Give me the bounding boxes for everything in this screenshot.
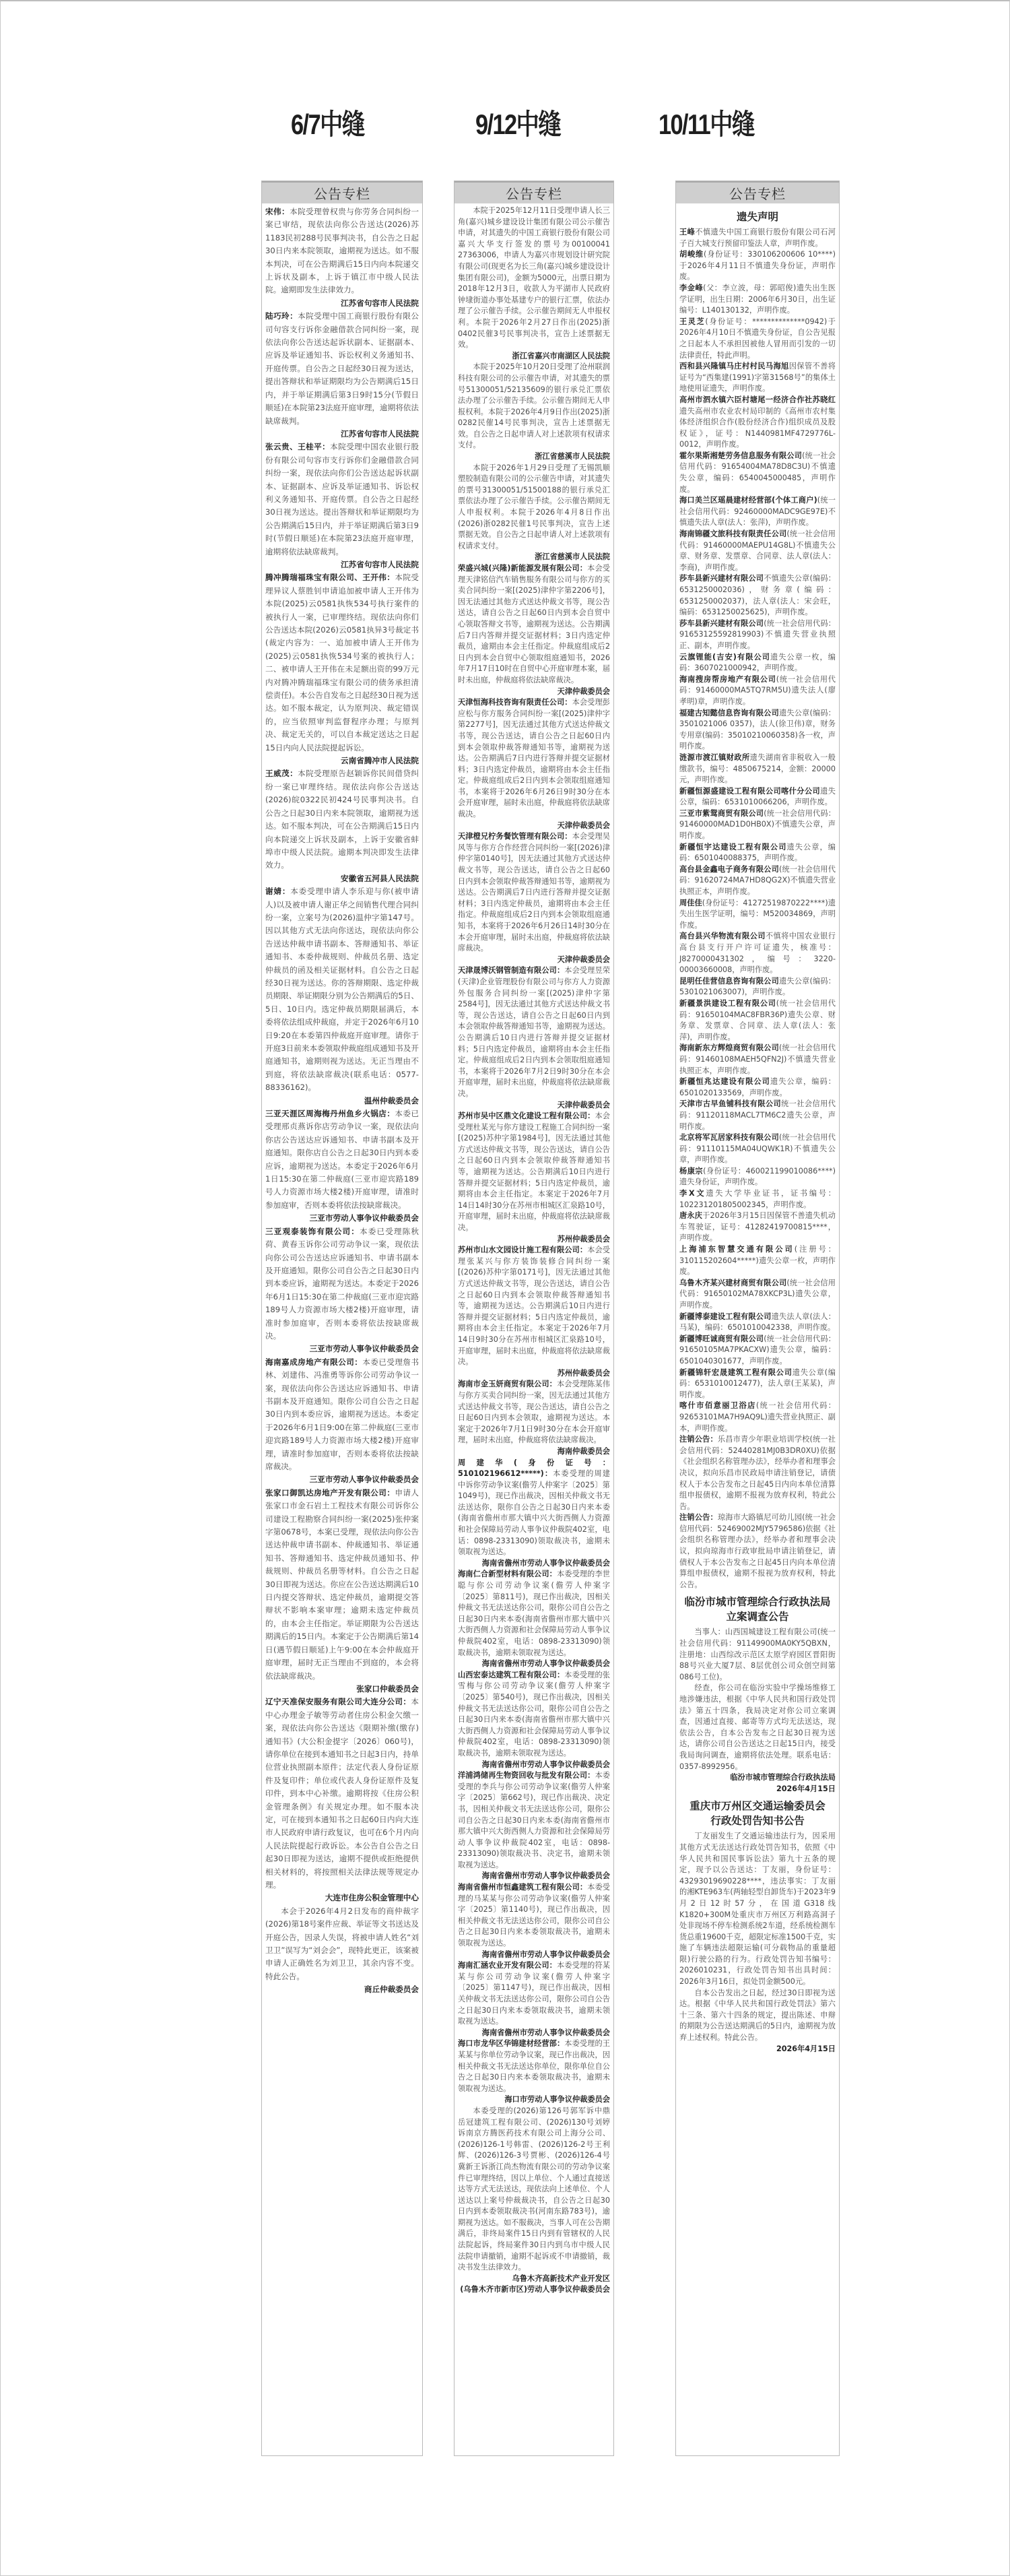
notice-addressee: 杨康宗 [679,1167,703,1176]
notice-addressee: 海南锦疆文旅科技有限责任公司 [679,529,786,538]
notice-item: 海南嘉成房地产有限公司：本委已受理詹书林、刘建伟、冯淮勇等诉你公司劳动争议一案，… [265,1356,419,1487]
notice-text: 海南汇涵农业开发有限公司：本委受理的符某某与你公司劳动争议案(儋劳人仲案字〔20… [458,1960,610,2028]
announcement-column-2: 公告专栏 本院于2025年12月11日受理申请人长三角(嘉兴)城乡建设设计集团有… [454,181,614,2456]
notice-item: 涟源市渡江镇财政所遗失湖南省非税收入一般缴款书，编号：4850675214，金额… [679,752,836,786]
notice-text: 王威茂：本院受理原告赵颖诉你民间借贷纠纷一案已审理终结。现依法向你公告送达(20… [265,767,419,872]
notice-body: 本会于2026年4月2日发布的商仲裁字(2026)第18号案件应裁、举证等文书送… [265,1906,419,1981]
notice-text: 新疆锦轩宏晟建筑工程有限公司遗失公章(编码：6531010012477)，法人章… [679,1367,836,1401]
notice-body: 本会受理天津铭信汽车销售服务有限公司与你方的买卖合同纠纷一案[(2025)津仲字… [458,564,610,684]
notice-item: 喀什市佰意丽卫浴店(统一社会信用代码：92653101MA7H9AQ9L)遗失营… [679,1400,836,1434]
notice-item: 海南搜房帮房地产有限公司(统一社会信用代码：91460000MA5TQ7RM5U… [679,674,836,708]
notice-item: 海南仁合新型材料有限公司：本委受理的李世聪与你公司劳动争议案(儋劳人仲案字〔20… [458,1569,610,1669]
notice-item: 张家口御凯达房地产开发有限公司：申请人张家口市金石岩土工程技术有限公司诉你公司建… [265,1487,419,1696]
notice-signature: 海口市劳动人事争议仲裁委员会 [458,2094,610,2106]
notice-body: 琼海市大路镇尼可幼儿园(统一社会信用代码：52469002MJY5796586)… [679,1513,836,1589]
notice-addressee: 王峰 [679,228,695,236]
notice-text: 三亚天涯区周海梅丹州鱼乡火锅店：本委已受理邢贞燕诉你店劳动争议一案，现依法向你店… [265,1107,419,1212]
notice-signature: 浙江省慈溪市人民法院 [458,552,610,563]
notice-item: 胡峻维(身份证号：330106200606 10****)于2026年4月11日… [679,249,836,283]
notice-text: 高台县金鑫电子商务有限公司(统一社会信用代码：91620724MA7HD8QG2… [679,864,836,898]
notice-signature: 张家口仲裁委员会 [265,1683,419,1696]
notice-item: 新疆恒兆达建设有限公司遗失公章，编码：6501020133569，声明作废。 [679,1076,836,1099]
notice-text: 福建古知懿信息咨询有限公司遗失公章(编码：3501021006 0357)，法人… [679,708,836,752]
announcement-column-3: 公告专栏 遗失声明 王峰不慎遗失中国工商银行股份有限公司石河子百大城支行预留印鉴… [675,181,840,2456]
notice-item: 莎车县新兴建材有限公司(统一社会信用代码：91653125592819903)不… [679,618,836,652]
notice-signature: 海南省儋州市劳动人事争议仲裁委员会 [458,1558,610,1570]
notice-item: 高州市泗水镇六臣村塘尾一经济合作社苏晓红遗失高州市农业农村局印制的《高州市农村集… [679,395,836,451]
notice-item: 王威茂：本院受理原告赵颖诉你民间借贷纠纷一案已审理终结。现依法向你公告送达(20… [265,767,419,885]
notice-text: 海南省儋州市恒鑫建筑工程有限公司：本委受理的马某某与你公司劳动争议案(儋劳人仲案… [458,1882,610,1950]
notice-item: 三亚观泰装饰有限公司：本委已受理陈秋荷、黄春玉诉你公司劳动争议一案，现依法向你公… [265,1225,419,1356]
notice-item: 王灵芝(身份证号：**************0942)于2026年4月10日不… [679,317,836,361]
notice-addressee: 苏州市山水文园设计施工程有限公司： [458,1246,587,1254]
notice-addressee: 高台县金鑫电子商务有限公司 [679,865,779,874]
notice-item: 三亚天涯区周海梅丹州鱼乡火锅店：本委已受理邢贞燕诉你店劳动争议一案，现依法向你店… [265,1107,419,1225]
notice-addressee: 三亚观泰装饰有限公司： [265,1227,360,1236]
notice-signature: 浙江省慈溪市人民法院 [458,451,610,463]
notice-signature: 三亚市劳动人事争议仲裁委员会 [265,1343,419,1355]
column-header: 公告专栏 [676,181,839,203]
notice-signature: 温州仲裁委员会 [265,1095,419,1107]
notice-signature: 海南省儋州市劳动人事争议仲裁委员会 [458,1950,610,1961]
notice-text: 王峰不慎遗失中国工商银行股份有限公司石河子百大城支行预留印鉴法人章，声明作废。 [679,227,836,249]
notice-item: 谢婧：本委受理申请人李乐迎与你(被申请人)以及被申请人谢正华之间销售代理合同纠纷… [265,885,419,1107]
notice-item: 苏州市吴中区鼎文化建设工程有限公司：本会受理杜某光与你方建设工程施工合同纠纷一案… [458,1111,610,1245]
notice-addressee: 海南仁合新型材料有限公司： [458,1570,557,1578]
notice-addressee: 苏州市吴中区鼎文化建设工程有限公司： [458,1112,595,1120]
notice-text: 腾冲腾瑞福珠宝有限公司、王开伟：本院受理异议人蔡胜钊申请追加被申请人王开伟为本院… [265,571,419,754]
notice-addressee: 海口市龙华区华锦建材经营部： [458,2039,564,2048]
notice-item: 天津橙兄柠务餐饮管理有限公司：本会受理吴风等与你方合作经营合同纠纷一案[(202… [458,831,610,965]
notice-item: 辽宁天准保安服务有限公司大连分公司：本中心办理金子敏等劳动者住房公积金欠缴一案，… [265,1696,419,1905]
notice-text: 霍尔果斯湘楚劳务信息服务有限公司(统一社会信用代码：91654004MA78D8… [679,451,836,495]
notice-addressee: 周佳佳 [679,899,702,907]
notice-text: 海南搜房帮房地产有限公司(统一社会信用代码：91460000MA5TQ7RM5U… [679,674,836,708]
notice-text: 昆明任佳营信息咨询有限公司遗失公章(编码：5301021063007)，声明作废… [679,976,836,998]
notice-body: 本会受理陈某伟与你方买卖合同纠纷一案，因无法通过其他方式送达仲裁文书等，现公告送… [458,1380,610,1444]
notice-item: 本委受理的(2026)第126号郭军诉中鼎岳冠建筑工程有限公司、(2026)13… [458,2106,610,2296]
notice-text: 喀什市佰意丽卫浴店(统一社会信用代码：92653101MA7H9AQ9L)遗失营… [679,1400,836,1434]
notice-addressee: 张家口御凯达房地产开发有限公司： [265,1488,395,1498]
notice-addressee: 霍尔果斯湘楚劳务信息服务有限公司 [679,451,802,460]
notice-item: 莎车县新兴建材有限公司不慎遗失公章(编码：6531250002036)，财务章(… [679,573,836,618]
notice-text: 涟源市渡江镇财政所遗失湖南省非税收入一般缴款书，编号：4850675214，金额… [679,752,836,786]
notice-addressee: 新疆博泰建设工程有限公司 [679,1312,772,1321]
notice-item: 山西宏泰达建筑工程有限公司：本委受理的张雪梅与你公司劳动争议案(儋劳人仲案字〔2… [458,1670,610,1770]
notice-text: 上海浦东智慧交通有限公司(注册号：310115202604*****)遗失公章一… [679,1244,836,1278]
notice-item: 云旗锂能(吉安)有限公司遗失公章一枚，编码：3607021000942，声明作废… [679,652,836,674]
notice-addressee: 宋伟： [265,207,290,216]
notice-body: 本会受理彭应松与你方服务合同纠纷一案[(2025)津仲字第2277号]，因无法通… [458,698,610,818]
notice-signature: 云南省腾冲市人民法院 [265,754,419,767]
notice-text: 本会于2026年4月2日发布的商仲裁字(2026)第18号案件应裁、举证等文书送… [265,1905,419,1983]
notice-body: 本院于2025年10月20日受理了沧州联润科技有限公司的公示催告申请，对其遗失的… [458,362,610,449]
notice-addressee: 腾冲腾瑞福珠宝有限公司、王开伟： [265,573,395,582]
announcement-column-1: 公告专栏 宋伟：本院受理曾权贵与你劳务合同纠纷一案已审结，现依法向你公告送达(2… [261,181,423,2456]
notice-item: 海南汇涵农业开发有限公司：本委受理的符某某与你公司劳动争议案(儋劳人仲案字〔20… [458,1960,610,2038]
notice-item: 新疆博泰建设工程有限公司遗失法人章(法人：马某)，编码：650101004233… [679,1312,836,1334]
notice-body: 本委已受理陈秋荷、黄春玉诉你公司劳动争议一案，现依法向你公司公告送达应诉通知书、… [265,1227,419,1341]
notice-addressee: 喀什市佰意丽卫浴店 [679,1401,756,1410]
column-body: 本院于2025年12月11日受理申请人长三角(嘉兴)城乡建设设计集团有限公司公示… [454,203,613,2296]
notice-text: 谢婧：本委受理申请人李乐迎与你(被申请人)以及被申请人谢正华之间销售代理合同纠纷… [265,885,419,1095]
notice-text: 苏州市吴中区鼎文化建设工程有限公司：本会受理杜某光与你方建设工程施工合同纠纷一案… [458,1111,610,1234]
notice-signature: 天津仲裁委员会 [458,1100,610,1112]
notice-body: 本会受理杜某光与你方建设工程施工合同纠纷一案[(2025)苏仲字第1984号]，… [458,1112,610,1232]
notice-addressee: 新疆恒兆达建设有限公司 [679,1077,770,1086]
notice-item: 三亚市紫鸳商贸有限公司(统一社会信用代码：91460000MAD1D0HB0X)… [679,808,836,842]
notice-addressee: 乌鲁木齐某兴建材商贸有限公司 [679,1279,786,1287]
notice-body: 本委受理的李世聪与你公司劳动争议案(儋劳人仲案字〔2025〕第811号)，现已作… [458,1570,610,1656]
notice-signature: 天津仲裁委员会 [458,686,610,698]
column-header: 公告专栏 [454,181,613,203]
notice-text: 山西宏泰达建筑工程有限公司：本委受理的张雪梅与你公司劳动争议案(儋劳人仲案字〔2… [458,1670,610,1760]
notice-signature: 天津仲裁委员会 [458,955,610,966]
notice-text: 海南嘉成房地产有限公司：本委已受理詹书林、刘建伟、冯淮勇等诉你公司劳动争议一案，… [265,1356,419,1474]
notice-item: 荣盛兴城(兴隆)新能源发展有限公司：本会受理天津铭信汽车销售服务有限公司与你方的… [458,563,610,697]
notice-item: 乌鲁木齐某兴建材商贸有限公司(统一社会信用代码：91650102MA78XKCP… [679,1278,836,1312]
notice-text: 莎车县新兴建材有限公司(统一社会信用代码：91653125592819903)不… [679,618,836,652]
notice-text: 新疆博旺诚商贸有限公司(统一社会信用代码：91650105MA7PKACXW)遗… [679,1334,836,1367]
notice-addressee: 云旗锂能(吉安)有限公司 [679,653,770,662]
notice-body: 本委受理的李兵与你公司劳动争议案(儋劳人仲案字〔2025〕第662号)，现已作出… [458,1771,610,1869]
notice-addressee: 昆明任佳营信息咨询有限公司 [679,977,779,986]
notice-body: 本委受理的马某某与你公司劳动争议案(儋劳人仲案字〔2025〕第1140号)，现已… [458,1883,610,1947]
notice-addressee: 福建古知懿信息咨询有限公司 [679,709,779,717]
notice-addressee: 海南省儋州市恒鑫建筑工程有限公司： [458,1883,587,1892]
notice-item: 新疆恒源盛建设工程有限公司喀什分公司遗失公章，编码：6531010066206，… [679,786,836,808]
linfen-title-line2: 立案调查公告 [679,1609,836,1624]
notice-signature: 海南省儋州市劳动人事争议仲裁委员会 [458,1871,610,1882]
notice-item: 王峰不慎遗失中国工商银行股份有限公司石河子百大城支行预留印鉴法人章，声明作废。 [679,227,836,249]
notice-signature: 海南省儋州市劳动人事争议仲裁委员会 [458,1760,610,1771]
notice-item: 苏州市山水文园设计施工程有限公司：本会受理张某兴与你方装饰装修合同纠纷一案[(2… [458,1245,610,1379]
notice-text: 本院于2026年1月29日受理了无锡凯顺塑胶制造有限公司的公示催告申请，对其遗失… [458,463,610,552]
notice-item: 西和县兴隆镇马庄村村民马海旭因保管不善将证号为“西集建(1991)字第31568… [679,361,836,395]
notice-body: (身份证号：460021199010086****)遗失身份证，声明作废。 [679,1167,836,1187]
wanzhou-para-2: 自本公告发出之日起，经过30日即视为送达。根据《中华人民共和国行政处罚法》第六十… [679,1988,836,2044]
notice-addressee: 辽宁天准保安服务有限公司大连分公司： [265,1697,411,1706]
linfen-notice: 当事人：山西国城建设工程有限公司(统一社会信用代码：91149900MA0KY5… [679,1627,836,1795]
notice-signature: 浙江省嘉兴市南湖区人民法院 [458,351,610,362]
notice-addressee: 洋浦鸿储再生物资回收与批发有限公司： [458,1771,595,1780]
notice-item: 张云贵、王桂平：本院受理中国农业银行股份有限公司句容市支行诉你们金融借款合同纠纷… [265,441,419,571]
notice-text: 胡峻维(身份证号：330106200606 10****)于2026年4月11日… [679,249,836,283]
notice-body: 本院受理异议人蔡胜钊申请追加被申请人王开伟为本院(2025)云0581执恢534… [265,573,419,752]
notice-item: 本院于2025年10月20日受理了沧州联润科技有限公司的公示催告申请，对其遗失的… [458,362,610,462]
notice-signature: 江苏省句容市人民法院 [265,297,419,310]
wanzhou-notice-title: 重庆市万州区交通运输委员会 行政处罚告知书公告 [679,1799,836,1828]
notice-body: 本院受理原告赵颖诉你民间借贷纠纷一案已审理终结。现依法向你公告送达(2026)皖… [265,769,419,870]
notice-text: 三亚观泰装饰有限公司：本委已受理陈秋荷、黄春玉诉你公司劳动争议一案，现依法向你公… [265,1225,419,1343]
notice-signature: 乌鲁木齐高新技术产业开发区 [458,2274,610,2285]
notice-body: 本中心办理金子敏等劳动者住房公积金欠缴一案，现依法向你公告送达《限期补缴(缴存)… [265,1697,419,1890]
notice-item: 唐永庆于2026年3月15日因保管不善遗失机动车驾驶证，证号：412824197… [679,1211,836,1244]
notice-text: 天津恒海科技咨询有限责任公司：本会受理彭应松与你方服务合同纠纷一案[(2025)… [458,697,610,820]
linfen-title-line1: 临汾市城市管理综合行政执法局 [679,1595,836,1609]
notice-addressee: 莎车县新兴建材有限公司 [679,619,764,628]
notice-text: 高台县兴华物流有限公司不慎将中国农业银行高台县支行开户许可证遗失，核准号：J82… [679,931,836,975]
notice-item: 李X文遗失大学毕业证书，证书编号：102231201805002345，声明作废… [679,1188,836,1211]
notice-signature: 江苏省句容市人民法院 [265,558,419,571]
column-header: 公告专栏 [262,181,422,203]
notice-body: 本院受理曾权贵与你劳务合同纠纷一案已审结，现依法向你公告送达(2026)苏118… [265,207,419,294]
linfen-para-2: 经查，你公司在临汾实验中学操场维修工地涉嫌违法，根据《中华人民共和国行政处罚法》… [679,1683,836,1772]
notice-item: 腾冲腾瑞福珠宝有限公司、王开伟：本院受理异议人蔡胜钊申请追加被申请人王开伟为本院… [265,571,419,767]
notice-body: 本院受理中国农业银行股份有限公司句容市支行诉你们金融借款合同纠纷一案，现依法向你… [265,442,419,556]
notice-text: 天津橙兄柠务餐饮管理有限公司：本会受理吴风等与你方合作经营合同纠纷一案[(202… [458,831,610,955]
notice-text: 辽宁天准保安服务有限公司大连分公司：本中心办理金子敏等劳动者住房公积金欠缴一案，… [265,1696,419,1892]
notice-addressee: 唐永庆 [679,1211,702,1220]
lost-notice-list: 王峰不慎遗失中国工商银行股份有限公司石河子百大城支行预留印鉴法人章，声明作废。胡… [679,227,836,1590]
notice-addressee: 注销公告： [679,1435,718,1444]
notice-signature: 海南省儋州市劳动人事争议仲裁委员会 [458,1659,610,1670]
linfen-notice-title: 临汾市城市管理综合行政执法局 立案调查公告 [679,1595,836,1624]
notice-item: 天津晟博沃钢管制造有限公司：本会受理昱荣(天津)企业管理股份有限公司与你方人力资… [458,965,610,1111]
notice-body: 本会受理张某兴与你方装饰装修合同纠纷一案[(2026)苏仲字第0171号]，因无… [458,1246,610,1366]
notice-addressee: 西和县兴隆镇马庄村村民马海旭 [679,362,789,371]
notice-text: 本院于2025年12月11日受理申请人长三角(嘉兴)城乡建设设计集团有限公司公示… [458,205,610,351]
notice-addressee: 张云贵、王桂平： [265,442,330,451]
notice-text: 苏州市山水文园设计施工程有限公司：本会受理张某兴与你方装饰装修合同纠纷一案[(2… [458,1245,610,1368]
notice-text: 周建华(身份证号：510102196612*****)：本委受理的周建中诉你劳动… [458,1458,610,1558]
notice-addressee: 海南汇涵农业开发有限公司： [458,1961,557,1970]
notice-body: 于2026年3月15日因保管不善遗失机动车驾驶证，证号：412824197008… [679,1211,836,1242]
notice-item: 天津市古早鱼铺科技有限公司统一社会信用代码：91120118MACL7TM6C2… [679,1099,836,1132]
notice-addressee: 天津恒海科技咨询有限责任公司： [458,698,572,707]
notice-addressee: 新疆恒宇达建设工程有限公司 [679,843,786,851]
notice-text: 周佳佳(身份证号：41272519870222****)遗失出生医学证明，编号：… [679,898,836,932]
notice-text: 本院于2025年10月20日受理了沧州联润科技有限公司的公示催告申请，对其遗失的… [458,362,610,451]
notice-text: 海南仁合新型材料有限公司：本委受理的李世聪与你公司劳动争议案(儋劳人仲案字〔20… [458,1569,610,1659]
notice-text: 李金峰(父：李立波，母：郭昭俊)遗失出生医学证明，出生日期：2006年6月30日… [679,283,836,317]
notice-text: 乌鲁木齐某兴建材商贸有限公司(统一社会信用代码：91650102MA78XKCP… [679,1278,836,1312]
notice-text: 高州市泗水镇六臣村塘尾一经济合作社苏晓红遗失高州市农业农村局印制的《高州市农村集… [679,395,836,451]
notice-addressee: 天津市古早鱼铺科技有限公司 [679,1099,781,1108]
notice-signature: 海南仲裁委员会 [458,1446,610,1458]
notice-item: 本院于2025年12月11日受理申请人长三角(嘉兴)城乡建设设计集团有限公司公示… [458,205,610,362]
notice-addressee: 北京将军瓦居家科技有限公司 [679,1133,779,1142]
notice-body: 本院受理中国工商银行股份有限公司句容支行诉你金融借款合同纠纷一案，现依法向你公告… [265,311,419,425]
notice-item: 洋浦鸿储再生物资回收与批发有限公司：本委受理的李兵与你公司劳动争议案(儋劳人仲案… [458,1770,610,1882]
notice-text: 新疆恒源盛建设工程有限公司喀什分公司遗失公章，编码：6531010066206，… [679,786,836,808]
notice-text: 海南市金玉妍商贸有限公司：本会受理陈某伟与你方买卖合同纠纷一案，因无法通过其他方… [458,1379,610,1446]
notice-text: 本委受理的(2026)第126号郭军诉中鼎岳冠建筑工程有限公司、(2026)13… [458,2106,610,2274]
notice-text: 莎车县新兴建材有限公司不慎遗失公章(编码：6531250002036)，财务章(… [679,573,836,618]
notice-addressee: 天津橙兄柠务餐饮管理有限公司： [458,832,572,841]
notice-body: 不慎遗失中国工商银行股份有限公司石河子百大城支行预留印鉴法人章，声明作废。 [679,228,836,248]
notice-text: 王灵芝(身份证号：**************0942)于2026年4月10日不… [679,317,836,361]
notice-item: 新疆景洪建设工程有限公司(统一社会信用代码：91650104MAC8FBR36P… [679,998,836,1043]
notice-addressee: 高州市泗水镇六臣村塘尾一经济合作社苏晓红 [679,395,836,404]
notice-addressee: 山西宏泰达建筑工程有限公司： [458,1671,564,1679]
notice-addressee: 新疆锦轩宏晟建筑工程有限公司 [679,1368,793,1377]
notice-item: 海南新东方辉煌商贸有限公司(统一社会信用代码：91460108MAEH5QFN2… [679,1043,836,1076]
wanzhou-title-line1: 重庆市万州区交通运输委员会 [679,1799,836,1813]
notice-addressee: 新疆恒源盛建设工程有限公司喀什分公司 [679,787,820,796]
notice-text: 北京将军瓦居家科技有限公司(统一社会信用代码：91110115MA04UQWK1… [679,1132,836,1166]
notice-text: 唐永庆于2026年3月15日因保管不善遗失机动车驾驶证，证号：412824197… [679,1211,836,1244]
notice-signature-line2: (乌鲁木齐市新市区)劳动人事争议仲裁委员会 [458,2284,610,2296]
notice-signature: 商丘仲裁委员会 [265,1983,419,1996]
notice-item: 新疆锦轩宏晟建筑工程有限公司遗失公章(编码：6531010012477)，法人章… [679,1367,836,1401]
notice-item: 海口美兰区瑶晨建材经营部(个体工商户)(统一社会信用代码：92460000MAD… [679,495,836,529]
column-body: 宋伟：本院受理曾权贵与你劳务合同纠纷一案已审结，现依法向你公告送达(2026)苏… [262,203,422,1997]
notice-addressee: 李X文 [679,1189,706,1198]
notice-item: 昆明任佳营信息咨询有限公司遗失公章(编码：5301021063007)，声明作废… [679,976,836,998]
notice-item: 注销公告：琼海市大路镇尼可幼儿园(统一社会信用代码：52469002MJY579… [679,1512,836,1590]
notice-addressee: 谢婧： [265,887,290,896]
notice-addressee: 海南市金玉妍商贸有限公司： [458,1380,557,1388]
notice-addressee: 天津晟博沃钢管制造有限公司： [458,966,564,975]
notice-body: 本会受理吴风等与你方合作经营合同纠纷一案[(2026)津仲字第0140号]，因无… [458,832,610,953]
linfen-para-1: 当事人：山西国城建设工程有限公司(统一社会信用代码：91149900MA0KY5… [679,1627,836,1683]
notice-item: 宋伟：本院受理曾权贵与你劳务合同纠纷一案已审结，现依法向你公告送达(2026)苏… [265,205,419,310]
notice-addressee: 莎车县新兴建材有限公司 [679,574,764,583]
notice-addressee: 海南嘉成房地产有限公司： [265,1357,362,1367]
notice-text: 宋伟：本院受理曾权贵与你劳务合同纠纷一案已审结，现依法向你公告送达(2026)苏… [265,205,419,297]
notice-item: 海南市金玉妍商贸有限公司：本会受理陈某伟与你方买卖合同纠纷一案，因无法通过其他方… [458,1379,610,1457]
wanzhou-notice: 丁友丽发生了交通运输违法行为，因采用其他方式无法送达行政处罚告知书，依照《中华人… [679,1831,836,2055]
notice-text: 荣盛兴城(兴隆)新能源发展有限公司：本会受理天津铭信汽车销售服务有限公司与你方的… [458,563,610,686]
notice-signature: 三亚市劳动人事争议仲裁委员会 [265,1212,419,1225]
notice-addressee: 海口美兰区瑶晨建材经营部(个体工商户) [679,496,817,505]
notice-item: 李金峰(父：李立波，母：郭昭俊)遗失出生医学证明，出生日期：2006年6月30日… [679,283,836,317]
notice-body: 本委受理的符某某与你公司劳动争议案(儋劳人仲案字〔2025〕第1147号)，现已… [458,1961,610,2026]
notice-text: 注销公告：琼海市大路镇尼可幼儿园(统一社会信用代码：52469002MJY579… [679,1512,836,1590]
notice-item: 北京将军瓦居家科技有限公司(统一社会信用代码：91110115MA04UQWK1… [679,1132,836,1166]
column-title-6-7: 6/7中缝 [291,102,364,143]
notice-text: 天津晟博沃钢管制造有限公司：本会受理昱荣(天津)企业管理股份有限公司与你方人力资… [458,965,610,1099]
notice-addressee: 海南搜房帮房地产有限公司 [679,675,776,684]
notice-text: 杨康宗(身份证号：460021199010086****)遗失身份证，声明作废。 [679,1166,836,1188]
notice-body: 乐昌市青少年职业培训学校(统一社会信用代码：52440281MJ0B3DR0XU… [679,1435,836,1511]
notice-text: 李X文遗失大学毕业证书，证书编号：102231201805002345，声明作废… [679,1188,836,1211]
notice-addressee: 新疆博旺诚商贸有限公司 [679,1334,764,1343]
notice-addressee: 涟源市渡江镇财政所 [679,753,750,762]
notice-addressee: 新疆景洪建设工程有限公司 [679,999,776,1008]
notice-text: 三亚市紫鸳商贸有限公司(统一社会信用代码：91460000MAD1D0HB0X)… [679,808,836,842]
notice-signature: 天津仲裁委员会 [458,820,610,832]
notice-addressee: 胡峻维 [679,250,704,259]
notice-text: 海口市龙华区华锦建材经营部：本委受理的王某某与你单位劳动争议案，现已作出裁决，因… [458,2038,610,2094]
notice-addressee: 荣盛兴城(兴隆)新能源发展有限公司： [458,564,587,573]
notice-addressee: 注销公告： [679,1513,718,1522]
notice-addressee: 海南新东方辉煌商贸有限公司 [679,1043,779,1052]
notice-text: 新疆恒兆达建设有限公司遗失公章，编码：6501020133569，声明作废。 [679,1076,836,1099]
column-body: 遗失声明 王峰不慎遗失中国工商银行股份有限公司石河子百大城支行预留印鉴法人章，声… [676,203,839,2055]
notice-item: 海口市龙华区华锦建材经营部：本委受理的王某某与你单位劳动争议案，现已作出裁决，因… [458,2038,610,2106]
notice-signature: 大连市住房公积金管理中心 [265,1892,419,1904]
lost-notice-title: 遗失声明 [679,210,836,224]
notice-body: 本院于2025年12月11日受理申请人长三角(嘉兴)城乡建设设计集团有限公司公示… [458,206,610,349]
notice-item: 高台县兴华物流有限公司不慎将中国农业银行高台县支行开户许可证遗失，核准号：J82… [679,931,836,975]
notice-item: 本会于2026年4月2日发布的商仲裁字(2026)第18号案件应裁、举证等文书送… [265,1905,419,1997]
notice-body: 申请人张家口市金石岩土工程技术有限公司诉你公司建设工程勘察合同纠纷一案(2025… [265,1488,419,1681]
notice-text: 云旗锂能(吉安)有限公司遗失公章一枚，编码：3607021000942，声明作废… [679,652,836,674]
notice-item: 周建华(身份证号：510102196612*****)：本委受理的周建中诉你劳动… [458,1458,610,1570]
notice-addressee: 三亚天涯区周海梅丹州鱼乡火锅店： [265,1109,395,1118]
notice-addressee: 王威茂： [265,769,298,778]
notice-body: (父：李立波，母：郭昭俊)遗失出生医学证明，出生日期：2006年6月30日，出生… [679,284,836,315]
wanzhou-date: 2026年4月15日 [679,2044,836,2055]
column-title-10-11: 10/11中缝 [659,102,754,143]
notice-signature: 海南省儋州市劳动人事争议仲裁委员会 [458,2028,610,2039]
notice-signature: 苏州仲裁委员会 [458,1368,610,1380]
notice-body: 本委已受理邢贞燕诉你店劳动争议一案，现依法向你店公告送达应诉通知书、申请书副本及… [265,1109,419,1210]
notice-body: 遗失高州市农业农村局印制的《高州市农村集体经济组织合作(股份经济合作)组织成员及… [679,407,836,449]
wanzhou-para-1: 丁友丽发生了交通运输违法行为，因采用其他方式无法送达行政处罚告知书，依照《中华人… [679,1831,836,1987]
notice-signature: 苏州仲裁委员会 [458,1234,610,1246]
notice-item: 注销公告：乐昌市青少年职业培训学校(统一社会信用代码：52440281MJ0B3… [679,1434,836,1512]
notice-signature: 江苏省句容市人民法院 [265,428,419,441]
notice-text: 海南锦疆文旅科技有限责任公司(统一社会信用代码：91460000MAEPU14G… [679,529,836,573]
notice-text: 张云贵、王桂平：本院受理中国农业银行股份有限公司句容市支行诉你们金融借款合同纠纷… [265,441,419,558]
notice-item: 霍尔果斯湘楚劳务信息服务有限公司(统一社会信用代码：91654004MA78D8… [679,451,836,495]
notice-body: 本委已受理詹书林、刘建伟、冯淮勇等诉你公司劳动争议一案，现依法向你公告送达应诉通… [265,1357,419,1471]
notice-item: 高台县金鑫电子商务有限公司(统一社会信用代码：91620724MA7HD8QG2… [679,864,836,898]
notice-addressee: 高台县兴华物流有限公司 [679,932,766,940]
notice-addressee: 李金峰 [679,284,703,292]
linfen-date: 2026年4月15日 [679,1784,836,1795]
notice-item: 周佳佳(身份证号：41272519870222****)遗失出生医学证明，编号：… [679,898,836,932]
notice-text: 海口美兰区瑶晨建材经营部(个体工商户)(统一社会信用代码：92460000MAD… [679,495,836,529]
notice-addressee: 上海浦东智慧交通有限公司 [679,1245,795,1254]
notice-item: 上海浦东智慧交通有限公司(注册号：310115202604*****)遗失公章一… [679,1244,836,1278]
notice-text: 陆巧玲：本院受理中国工商银行股份有限公司句容支行诉你金融借款合同纠纷一案，现依法… [265,310,419,428]
notice-text: 洋浦鸿储再生物资回收与批发有限公司：本委受理的李兵与你公司劳动争议案(儋劳人仲案… [458,1770,610,1871]
notice-item: 新疆恒宇达建设工程有限公司遗失公章，编码：6501040088375，声明作废。 [679,842,836,864]
notice-item: 本院于2026年1月29日受理了无锡凯顺塑胶制造有限公司的公示催告申请，对其遗失… [458,463,610,563]
notice-item: 福建古知懿信息咨询有限公司遗失公章(编码：3501021006 0357)，法人… [679,708,836,752]
notice-addressee: 王灵芝 [679,317,705,326]
notice-item: 杨康宗(身份证号：460021199010086****)遗失身份证，声明作废。 [679,1166,836,1188]
notice-text: 张家口御凯达房地产开发有限公司：申请人张家口市金石岩土工程技术有限公司诉你公司建… [265,1487,419,1683]
notice-text: 海南新东方辉煌商贸有限公司(统一社会信用代码：91460108MAEH5QFN2… [679,1043,836,1076]
notice-item: 天津恒海科技咨询有限责任公司：本会受理彭应松与你方服务合同纠纷一案[(2025)… [458,697,610,831]
notice-text: 新疆博泰建设工程有限公司遗失法人章(法人：马某)，编码：650101004233… [679,1312,836,1334]
notice-signature: 安徽省五河县人民法院 [265,872,419,885]
notice-text: 新疆景洪建设工程有限公司(统一社会信用代码：91650104MAC8FBR36P… [679,998,836,1043]
notice-body: 本委受理的周建中诉你劳动争议案(儋劳人仲案字〔2025〕第1049号)，现已作出… [458,1469,610,1556]
notice-item: 新疆博旺诚商贸有限公司(统一社会信用代码：91650105MA7PKACXW)遗… [679,1334,836,1367]
notice-text: 新疆恒宇达建设工程有限公司遗失公章，编码：6501040088375，声明作废。 [679,842,836,864]
notice-text: 注销公告：乐昌市青少年职业培训学校(统一社会信用代码：52440281MJ0B3… [679,1434,836,1512]
notice-signature: 三亚市劳动人事争议仲裁委员会 [265,1473,419,1486]
notice-body: 本院于2026年1月29日受理了无锡凯顺塑胶制造有限公司的公示催告申请，对其遗失… [458,463,610,550]
notice-body: 本委受理的(2026)第126号郭军诉中鼎岳冠建筑工程有限公司、(2026)13… [458,2106,610,2272]
wanzhou-title-line2: 行政处罚告知书公告 [679,1813,836,1828]
notice-item: 陆巧玲：本院受理中国工商银行股份有限公司句容支行诉你金融借款合同纠纷一案，现依法… [265,310,419,441]
notice-item: 海南省儋州市恒鑫建筑工程有限公司：本委受理的马某某与你公司劳动争议案(儋劳人仲案… [458,1882,610,1960]
notice-body: 本委受理申请人李乐迎与你(被申请人)以及被申请人谢正华之间销售代理合同纠纷一案，… [265,887,419,1092]
notice-item: 海南锦疆文旅科技有限责任公司(统一社会信用代码：91460000MAEPU14G… [679,529,836,573]
notice-text: 西和县兴隆镇马庄村村民马海旭因保管不善将证号为“西集建(1991)字第31568… [679,361,836,395]
notice-addressee: 陆巧玲： [265,311,298,321]
column-title-9-12: 9/12中缝 [475,102,560,143]
notice-body: 本会受理昱荣(天津)企业管理股份有限公司与你方人力资源外包服务合同纠纷一案[(2… [458,966,610,1098]
notice-body: 本委受理的张雪梅与你公司劳动争议案(儋劳人仲案字〔2025〕第540号)，现已作… [458,1671,610,1758]
notice-body: (身份证号：41272519870222****)遗失出生医学证明，编号：M52… [679,899,836,930]
linfen-signature: 临汾市城市管理综合行政执法局 [679,1772,836,1784]
notice-text: 天津市古早鱼铺科技有限公司统一社会信用代码：91120118MACL7TM6C2… [679,1099,836,1132]
notice-addressee: 三亚市紫鸳商贸有限公司 [679,809,764,818]
